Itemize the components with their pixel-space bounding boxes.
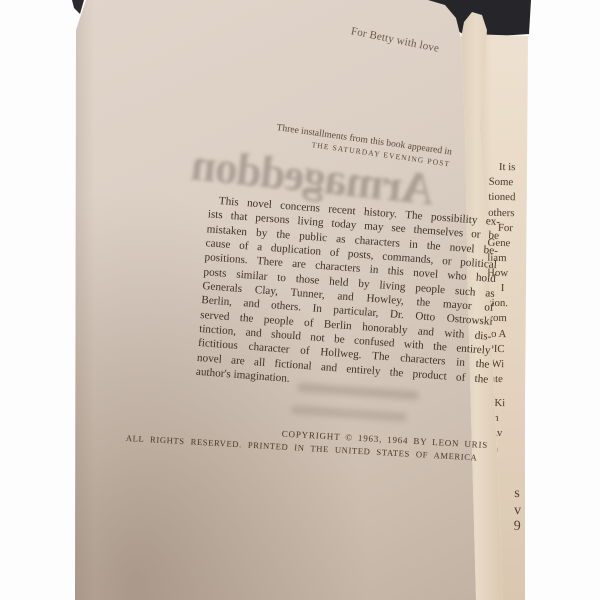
text-fragment: tioned xyxy=(488,190,515,206)
text-fragment: v xyxy=(514,502,521,519)
book-photo: It is Some tioned others For Gene liam H… xyxy=(0,0,600,600)
text-fragment: It is xyxy=(489,160,516,176)
right-page-text-fragments: s v 9 xyxy=(514,486,522,536)
text-fragment: 9 xyxy=(514,519,521,536)
disclaimer-paragraph: This novel concerns recent history. The … xyxy=(195,193,500,401)
text-fragment: Some xyxy=(489,175,516,191)
text-fragment: s xyxy=(514,486,521,503)
